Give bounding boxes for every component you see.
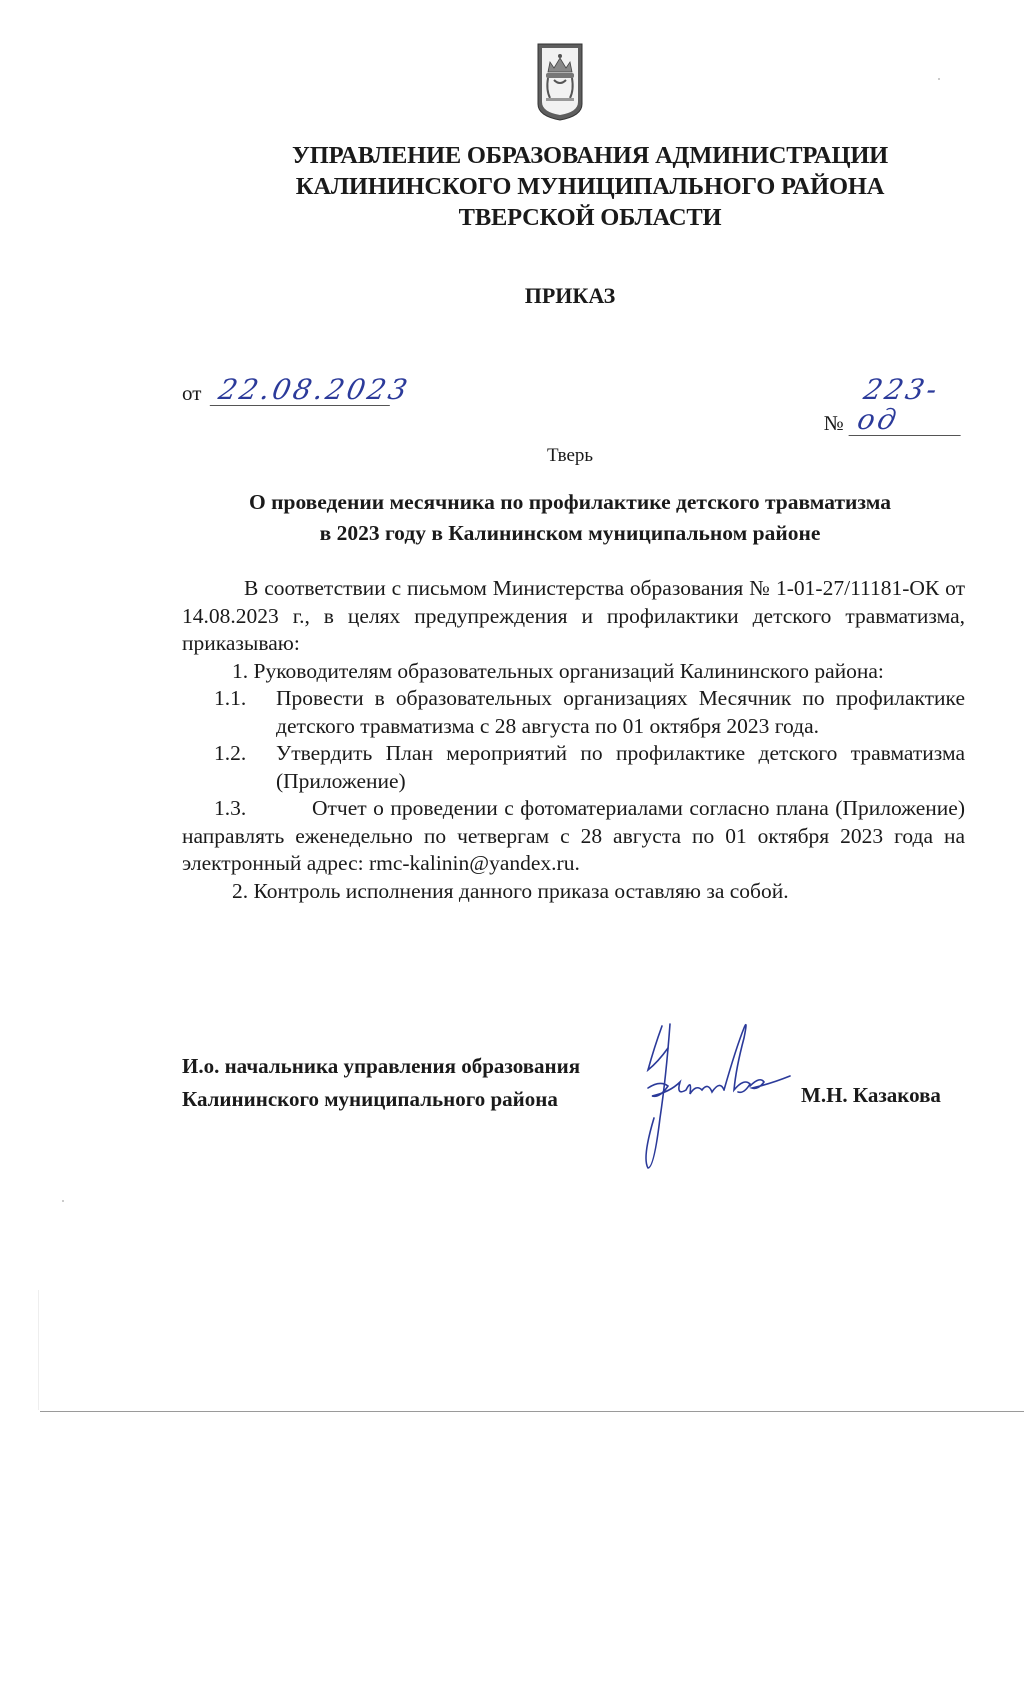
title-line-2: в 2023 году в Калининском муниципальном … xyxy=(180,518,960,549)
item-text: Провести в образовательных организациях … xyxy=(276,685,965,740)
scan-edge xyxy=(38,1290,39,1410)
scan-speck xyxy=(938,78,940,80)
signatory-position: И.о. начальника управления образования К… xyxy=(182,1050,580,1116)
date-label: от xyxy=(182,381,201,406)
signatory-name: М.Н. Казакова xyxy=(801,1083,941,1108)
city: Тверь xyxy=(0,445,1024,467)
position-line-2: Калининского муниципального района xyxy=(182,1083,580,1116)
intro-paragraph: В соответствии с письмом Министерства об… xyxy=(182,575,965,658)
date-number-row: от 22.08.2023 № 223-од xyxy=(182,365,967,405)
item-1-2: 1.2. Утвердить План мероприятий по профи… xyxy=(182,740,965,795)
document-body: В соответствии с письмом Министерства об… xyxy=(182,575,965,905)
item-1: 1. Руководителям образовательных организ… xyxy=(182,658,965,686)
date-field: от 22.08.2023 xyxy=(182,375,393,406)
document-type: ПРИКАЗ xyxy=(0,283,1024,309)
date-handwritten: 22.08.2023 xyxy=(209,375,396,406)
title-line-1: О проведении месячника по профилактике д… xyxy=(180,487,960,518)
scan-speck xyxy=(62,1200,64,1202)
item-number: 1.3. xyxy=(214,795,312,823)
org-line-2: КАЛИНИНСКОГО МУНИЦИПАЛЬНОГО РАЙОНА xyxy=(150,171,1024,202)
org-line-3: ТВЕРСКОЙ ОБЛАСТИ xyxy=(150,202,1024,233)
org-line-1: УПРАВЛЕНИЕ ОБРАЗОВАНИЯ АДМИНИСТРАЦИИ xyxy=(150,140,1024,171)
item-1-1: 1.1. Провести в образовательных организа… xyxy=(182,685,965,740)
handwritten-signature-icon xyxy=(640,1018,810,1178)
tver-coat-of-arms-icon xyxy=(536,42,584,122)
document-title: О проведении месячника по профилактике д… xyxy=(180,487,960,549)
item-1-3: 1.3.Отчет о проведении с фотоматериалами… xyxy=(182,795,965,878)
page-separator-line xyxy=(40,1411,1024,1412)
position-line-1: И.о. начальника управления образования xyxy=(182,1050,580,1083)
item-text: Утвердить План мероприятий по профилакти… xyxy=(276,740,965,795)
organization-header: УПРАВЛЕНИЕ ОБРАЗОВАНИЯ АДМИНИСТРАЦИИ КАЛ… xyxy=(150,140,1024,233)
item-2: 2. Контроль исполнения данного приказа о… xyxy=(182,878,965,906)
number-handwritten: 223-од xyxy=(849,375,974,436)
item-number: 1.2. xyxy=(214,740,276,795)
number-field: № 223-од xyxy=(824,375,967,436)
item-number: 1.1. xyxy=(214,685,276,740)
number-label: № xyxy=(824,411,844,436)
